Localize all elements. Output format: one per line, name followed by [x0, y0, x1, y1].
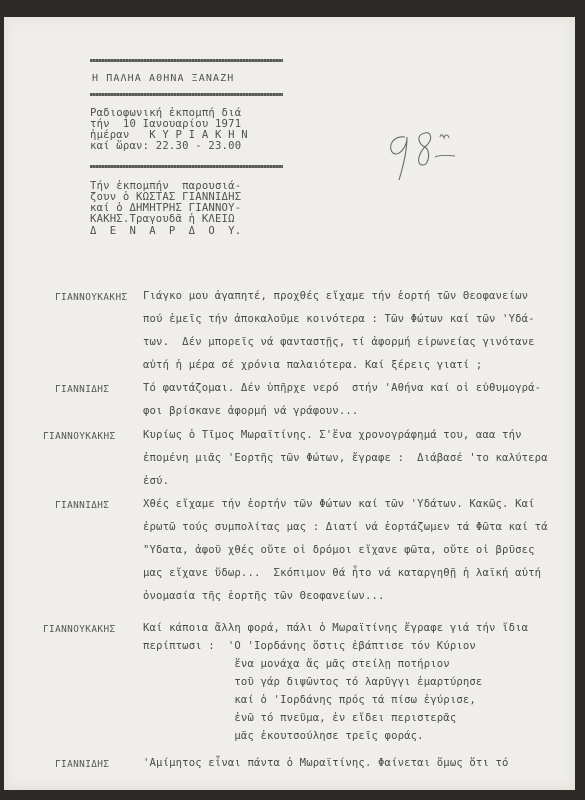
dialogue-line: Τό φαντάζομαι. Δέν ὑπῆρχε νερό στήν 'Αθή… [143, 382, 541, 394]
dialogue-line: Καί κάποια ἄλλη φορά, πάλι ὁ Μωραϊτίνης … [143, 622, 528, 634]
speaker-label: ΓΙΑΝΝΙΔΗΣ [55, 384, 109, 395]
poem-line: καί ὁ 'Ιορδάνης πρός τά πίσω ἐγύρισε, [143, 694, 476, 706]
dialogue-line: Χθές εἴχαμε τήν ἑορτήν τῶν Φώτων καί τῶν… [143, 498, 535, 510]
dialogue-line: Γιάγκο μου ἀγαπητέ, προχθές εἴχαμε τήν ἑ… [143, 290, 528, 302]
dialogue-line: μας εἴχανε ὕδωρ... Σκόπιμον θά ἦτο νά κα… [143, 567, 541, 579]
dialogue-line: ὀνομασία τῆς ἑορτῆς τῶν Θεοφανείων... [143, 590, 385, 602]
header-rule-3 [90, 165, 283, 168]
speaker-label: ΓΙΑΝΝΟΥΚΑΚΗΣ [43, 431, 116, 442]
dialogue-line: "Υδατα, ἀφοῦ χθές οὔτε οἱ δρόμοι εἴχανε … [143, 544, 535, 556]
dialogue-line: ἐσύ. [143, 475, 169, 487]
dialogue-line: των. Δέν μπορεῖς νά φανταστῇς, τί ἀφορμή… [143, 336, 535, 348]
dialogue-line: Κυρίως ὁ Τῖμος Μωραϊτίνης. Σ'ἕνα χρονογρ… [143, 429, 522, 441]
speaker-label: ΓΙΑΝΝΙΔΗΣ [55, 500, 109, 511]
poem-line: ἐνῶ τό πνεῦμα, ἐν εἴδει περιστερᾶς [143, 712, 456, 724]
header-rule-2 [90, 93, 283, 96]
handwritten-mark-icon [385, 125, 470, 185]
dialogue-line: περίπτωσι : 'Ο 'Ιορδάνης ὅστις ἐβάπτισε … [143, 640, 476, 652]
program-title: Η ΠΑΛΗΑ ΑΘΗΝΑ ΞΑΝΑΖΗ [92, 73, 234, 84]
credits-line: ΚΑΚΗΣ.Τραγουδᾶ ἡ ΚΛΕΙΩ [90, 214, 235, 225]
dialogue-line: ἐπομένη μιᾶς 'Εορτῆς τῶν Φώτων, ἔγραφε :… [143, 452, 548, 464]
dialogue-line: πού ἐμεῖς τήν ἀποκαλοῦμε κοινότερα : Τῶν… [143, 313, 535, 325]
credits-line: Δ Ε Ν Α Ρ Δ Ο Υ. [90, 226, 241, 237]
dialogue-line: αὐτή ἡ μέρα σέ χρόνια παλαιότερα. Καί ξέ… [143, 359, 482, 371]
handwritten-page-number [385, 125, 470, 185]
poem-line: ἕνα μονάχα ἄς μᾶς στείλῃ ποτήριον [143, 658, 450, 670]
broadcast-info-line: καί ὥραν: 22.30 - 23.00 [90, 141, 241, 152]
dialogue-line: ἐρωτῶ τούς συμπολίτας μας : Διατί νά ἑορ… [143, 521, 548, 533]
dialogue-line: 'Αμίμητος εἶναι πάντα ὁ Μωραϊτίνης. Φαίν… [143, 757, 509, 769]
poem-line: τοῦ γάρ διψῶντος τό λαρῦγγι ἐμαρτύρησε [143, 676, 482, 688]
header-rule-top [90, 59, 283, 62]
speaker-label: ΓΙΑΝΝΟΥΚΑΚΗΣ [55, 292, 128, 303]
speaker-label: ΓΙΑΝΝΟΥΚΑΚΗΣ [43, 624, 116, 635]
dialogue-line: φοι βρίσκανε ἀφορμή νά γράφουν... [143, 405, 358, 417]
speaker-label: ΓΙΑΝΝΙΔΗΣ [55, 759, 109, 770]
poem-line: μᾶς ἐκουτσούλησε τρεῖς φοράς. [143, 730, 424, 742]
